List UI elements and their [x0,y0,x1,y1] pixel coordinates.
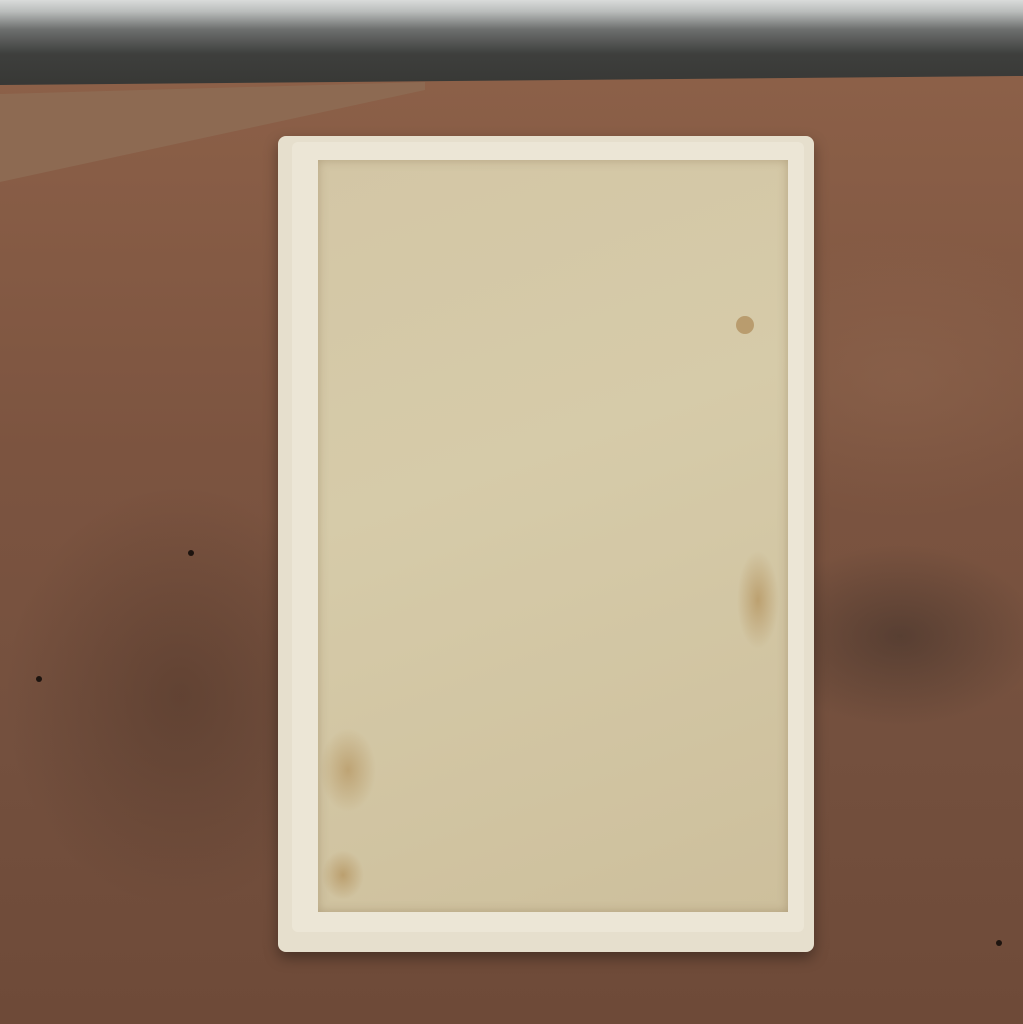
wood-hole [188,550,194,556]
wood-hole [996,940,1002,946]
stain-spot [736,316,754,334]
wood-hole [36,676,42,682]
cardboard-box-panel [318,160,788,912]
